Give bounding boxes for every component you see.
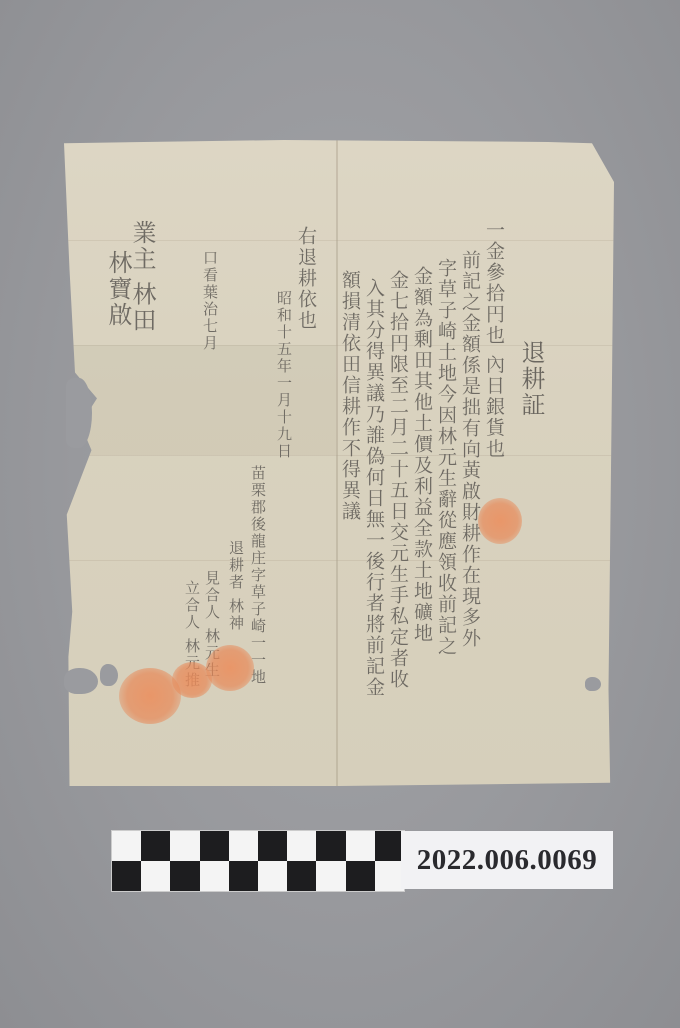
owner-column: 業主 林田: [130, 220, 154, 334]
text-column: 一金參拾円也 內日銀貨也: [484, 220, 503, 459]
document-title: 退耕証: [519, 340, 543, 418]
signatory-column: 退耕者 林神: [228, 540, 243, 632]
red-seal-stamp: [206, 645, 254, 691]
paper-tear: [66, 378, 92, 448]
text-column: 入其分得異議乃誰偽何日無一後行者將前記金: [364, 278, 383, 698]
date-column: 昭和十五年一月十九日: [276, 290, 291, 460]
paper-shadow-band: [64, 345, 336, 455]
vertical-fold-line: [336, 140, 338, 786]
text-column: 金七拾円限至二月二十五日交元生手私定者收: [388, 270, 407, 690]
text-column: 額損清依田信耕作不得異議: [340, 270, 359, 522]
accession-label: 2022.006.0069: [401, 831, 613, 889]
document-paper: 退耕証 一金參拾円也 內日銀貨也 前記之金額係是拙有向黃啟財耕作在現多外 字草子…: [64, 140, 614, 786]
owner-column: 林寶啟: [106, 250, 130, 328]
paper-hole: [64, 668, 98, 694]
horizontal-fold-line: [64, 560, 614, 561]
address-column: 苗栗郡後龍庄字草子崎一一地: [250, 465, 265, 686]
text-column: 口看葉治七月: [202, 250, 217, 352]
text-column: 前記之金額係是拙有向黃啟財耕作在現多外: [460, 250, 479, 649]
text-column: 金額為剰田其他土價及利益全款土地礦地: [412, 266, 431, 644]
accession-number: 2022.006.0069: [417, 844, 598, 877]
color-scale-bar: [111, 830, 405, 892]
text-column: 右退耕依也: [296, 226, 315, 331]
paper-hole: [100, 664, 118, 686]
text-column: 字草子崎土地今因林元生辭從應領收前記之: [436, 258, 455, 657]
paper-hole: [585, 677, 601, 691]
red-seal-stamp: [478, 498, 522, 544]
